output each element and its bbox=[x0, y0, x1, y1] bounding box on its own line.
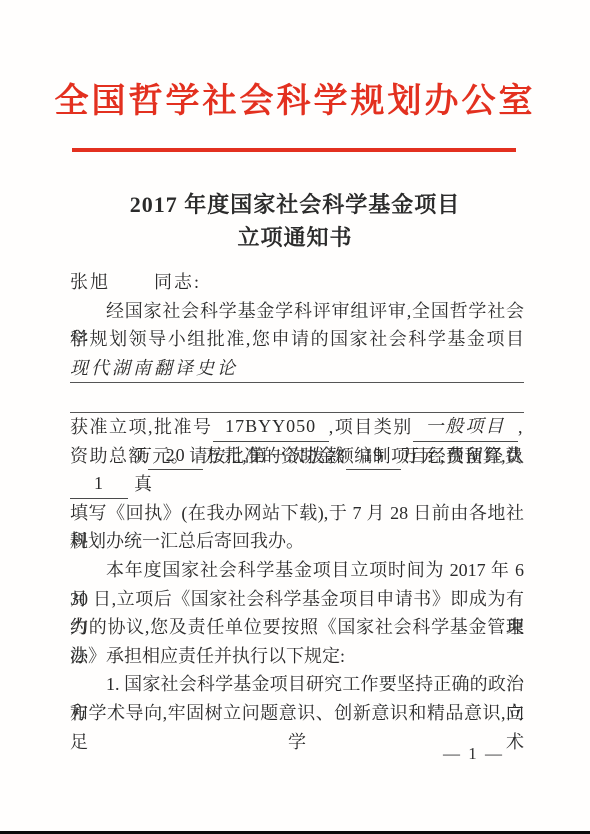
approval-number-blank: 17BYY050 bbox=[213, 412, 329, 442]
salutation-suffix: 同志: bbox=[154, 268, 201, 297]
letter-body: 张旭 同志: 经国家社会科学基金学科评审组评审,全国哲学社会科 学规划领导小组批… bbox=[70, 268, 524, 728]
salutation-line: 张旭 同志: bbox=[70, 268, 524, 297]
body-line: 法》承担相应责任并执行以下规定: bbox=[70, 642, 524, 671]
approval-number-line: 获准立项,批准号 17BYY050 ,项目类别 一般项目 , bbox=[70, 413, 524, 442]
body-line: 力的协议,您及责任单位要按照《国家社会科学基金管理办 bbox=[70, 613, 524, 642]
document-title-line2: 立项通知书 bbox=[0, 221, 590, 254]
project-category-blank: 一般项目 bbox=[413, 412, 518, 442]
reserved-amount-blank: 1 bbox=[70, 469, 128, 499]
scanned-document-page: 全国哲学社会科学规划办公室 2017 年度国家社会科学基金项目 立项通知书 张旭… bbox=[0, 0, 590, 834]
empty-fill-in-line bbox=[70, 383, 524, 413]
approval-line-mid: ,项目类别 bbox=[329, 413, 413, 442]
body-line: 30 日,立项后《国家社会科学基金项目申请书》即成为有约束 bbox=[70, 585, 524, 614]
recipient-name: 张旭 bbox=[70, 268, 110, 297]
body-line: 学规划领导小组批准,您申请的国家社会科学基金项目 bbox=[70, 325, 524, 354]
approval-line-pre: 获准立项,批准号 bbox=[70, 413, 213, 442]
document-title-line1: 2017 年度国家社会科学基金项目 bbox=[0, 188, 590, 221]
letterhead-org-title: 全国哲学社会科学规划办公室 bbox=[0, 82, 590, 122]
body-line: 本年度国家社会科学基金项目立项时间为 2017 年 6 月 bbox=[70, 556, 524, 585]
body-line: 1. 国家社会科学基金项目研究工作要坚持正确的政治方向 bbox=[70, 670, 524, 699]
reserved-funds-line: 1 万元。请按批准的资助金额编制项目经费预算,认真 bbox=[70, 470, 524, 499]
approval-line-end: , bbox=[518, 413, 524, 442]
document-title: 2017 年度国家社会科学基金项目 立项通知书 bbox=[0, 188, 590, 254]
letterhead-divider bbox=[72, 148, 516, 152]
page-number: — 1 — bbox=[443, 744, 504, 764]
body-line: 填写《回执》(在我办网站下载),于 7 月 28 日前由各地社科 bbox=[70, 499, 524, 528]
reserved-funds-text: 万元。请按批准的资助金额编制项目经费预算,认真 bbox=[134, 442, 524, 499]
body-line: 规划办统一汇总后寄回我办。 bbox=[70, 527, 524, 556]
project-title-fill-in: 现代湖南翻译史论 bbox=[70, 354, 524, 384]
body-line: 和学术导向,牢固树立问题意识、创新意识和精品意识,立足学术 bbox=[70, 699, 524, 728]
body-line: 经国家社会科学基金学科评审组评审,全国哲学社会科 bbox=[70, 297, 524, 326]
